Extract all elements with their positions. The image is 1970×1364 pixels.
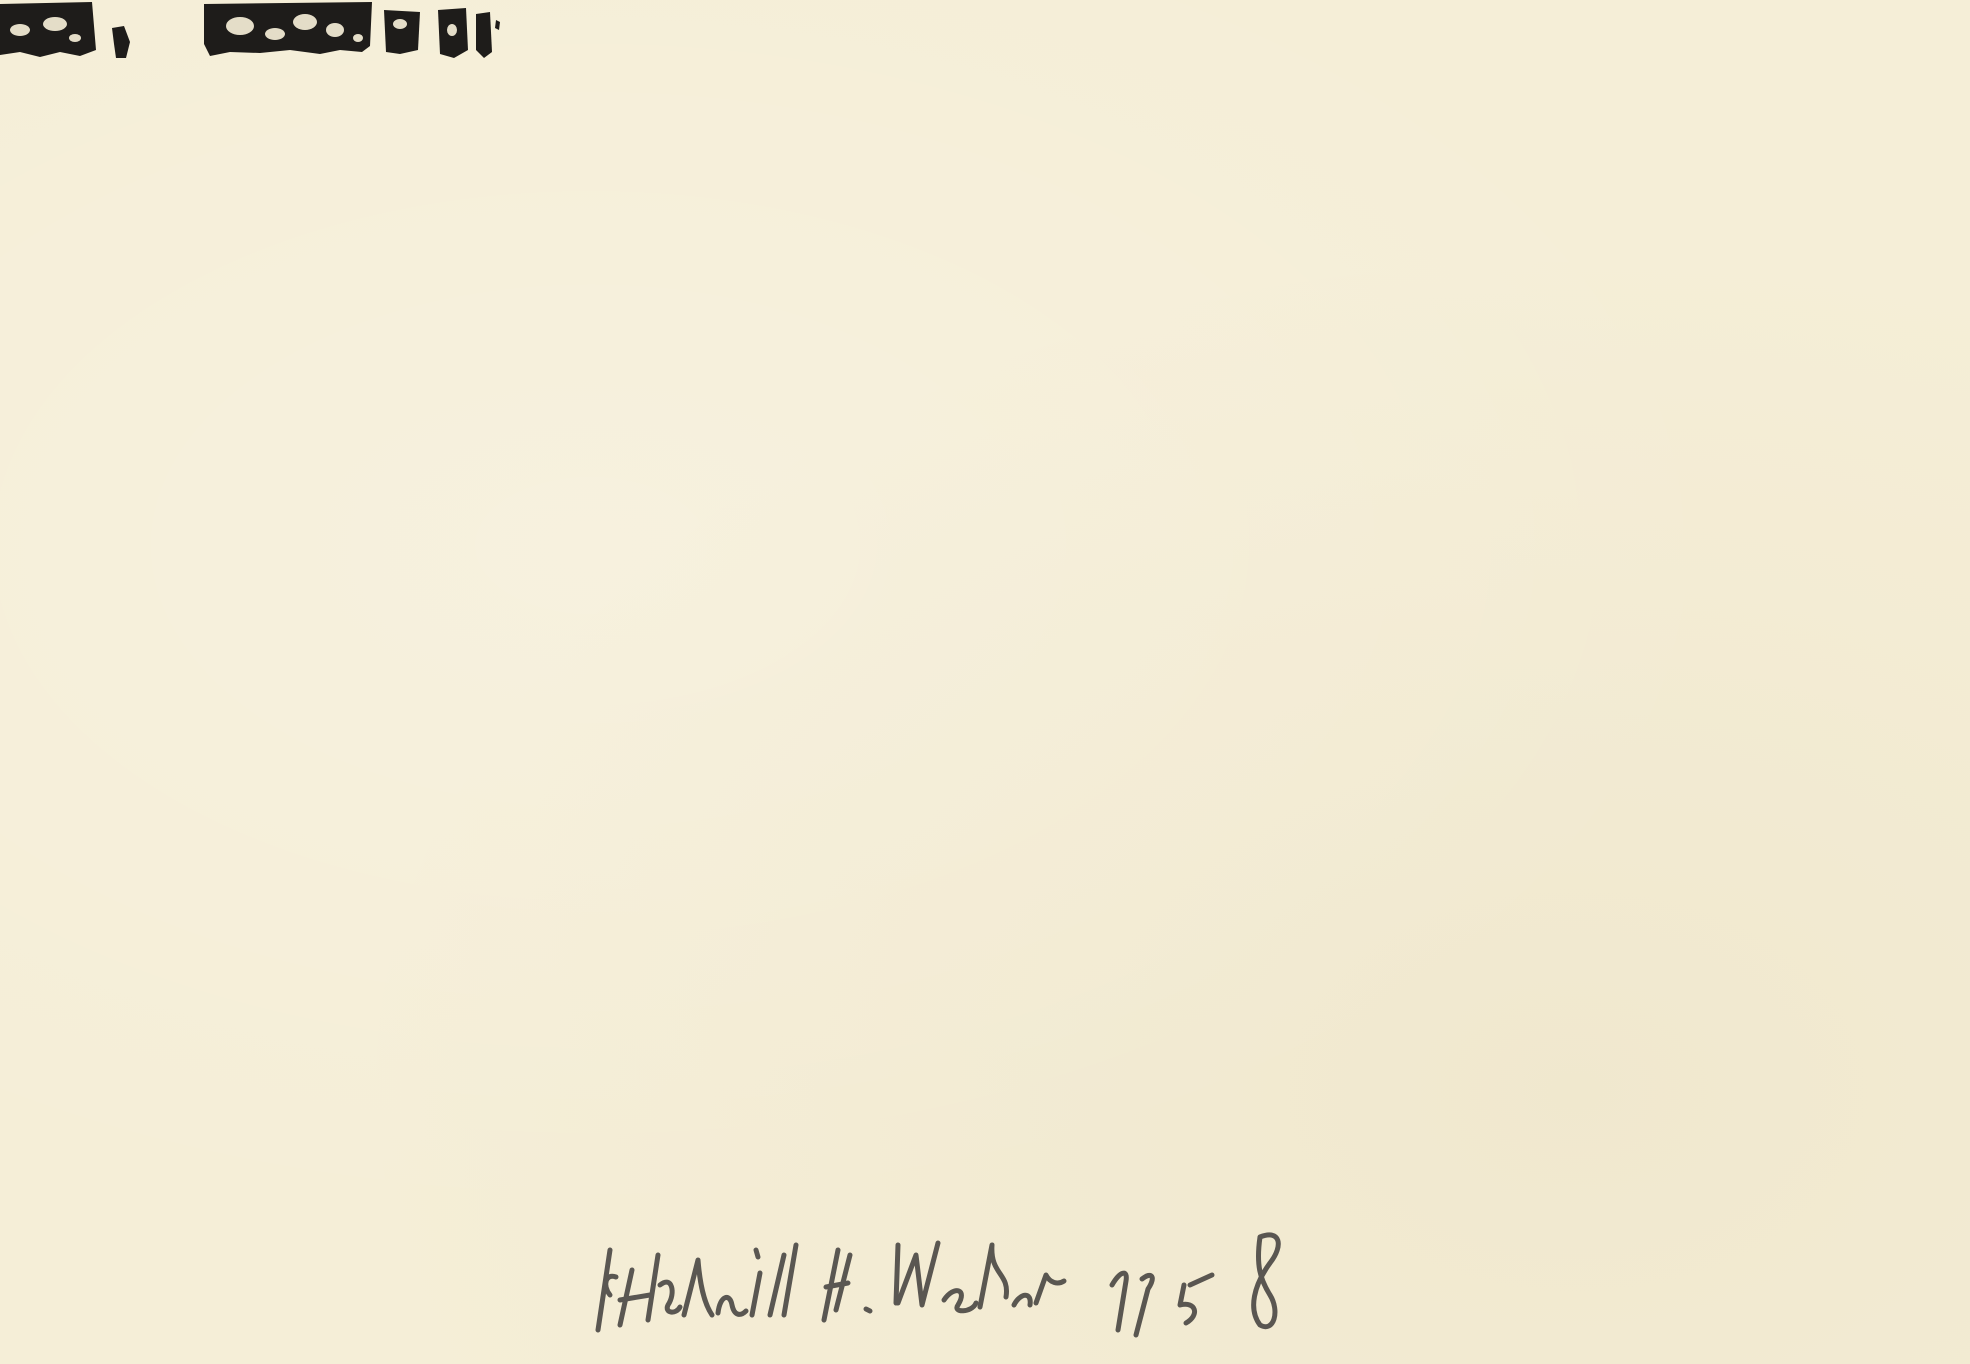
inscription-word-holzschnitt <box>598 1245 796 1330</box>
inscription-year <box>1112 1235 1278 1335</box>
woodcut-print-fragment <box>0 0 640 62</box>
pencil-inscription: Holzschnitt H. Weber 1958 <box>580 1215 1740 1345</box>
inscription-word-artist <box>824 1243 1064 1320</box>
paper-sheet <box>0 0 1970 1364</box>
